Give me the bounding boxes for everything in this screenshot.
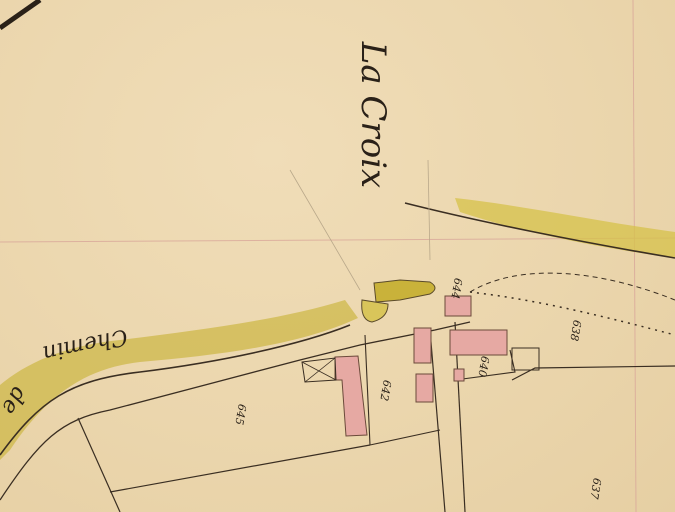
map-drawing [0, 0, 675, 512]
boundary-curve [0, 0, 40, 28]
building [450, 330, 507, 355]
cadastral-map[interactable]: La Croix Chemin de 644 638 640 642 645 6… [0, 0, 675, 512]
ochre-structure [374, 280, 435, 302]
building [416, 374, 433, 402]
ochre-embankment-right [455, 198, 675, 258]
building [454, 369, 464, 381]
place-label: La Croix [353, 42, 393, 188]
grid-line-vertical [633, 0, 636, 512]
building [335, 356, 367, 436]
building [414, 328, 431, 363]
